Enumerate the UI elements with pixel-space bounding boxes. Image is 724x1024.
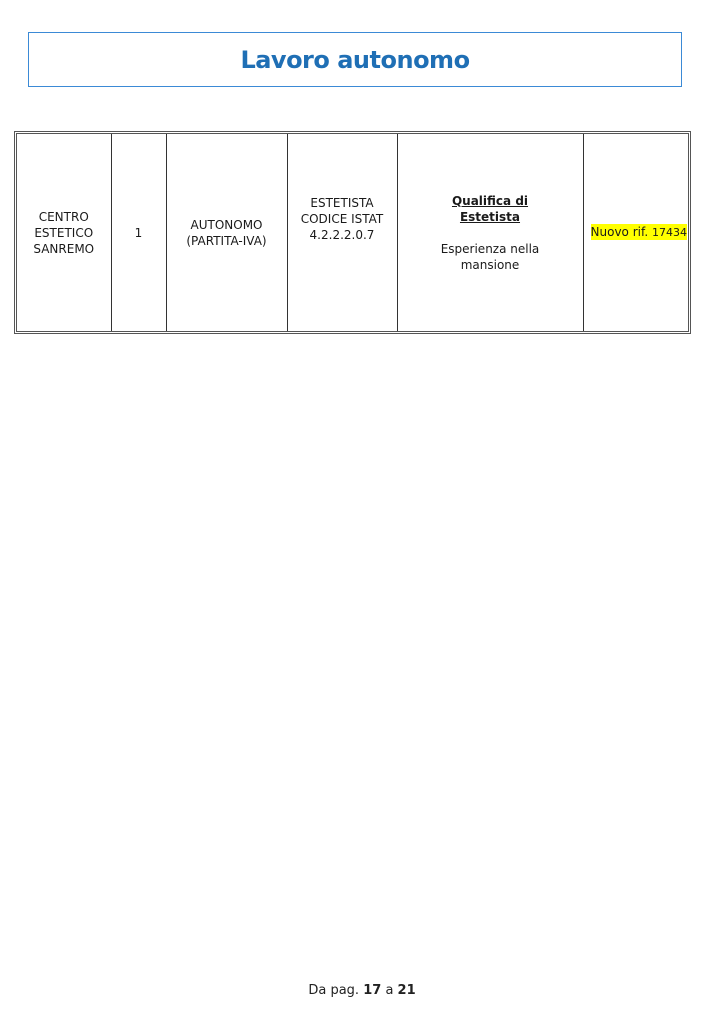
requirement-title: Qualifica di Estetista	[428, 193, 553, 225]
requirement-text: Esperienza nella mansione	[441, 242, 540, 272]
profile-line: CODICE ISTAT	[292, 211, 393, 227]
section-title: Lavoro autonomo	[240, 46, 469, 74]
reference-label: Nuovo rif.	[591, 225, 649, 239]
table-row: CENTRO ESTETICO SANREMO 1 AUTONOMO (PART…	[17, 134, 694, 331]
reference-number: 17434	[652, 226, 687, 239]
profile-line: 4.2.2.2.0.7	[292, 227, 393, 243]
cell-profile: ESTETISTA CODICE ISTAT 4.2.2.2.0.7	[287, 134, 397, 331]
profile-line: ESTETISTA	[292, 195, 393, 211]
reference-highlight: Nuovo rif. 17434	[591, 224, 687, 240]
footer-sep: a	[385, 983, 393, 998]
cell-positions: 1	[111, 134, 166, 331]
footer-prefix: Da pag.	[308, 983, 359, 998]
total-pages: 21	[398, 983, 416, 998]
page-footer: Da pag. 17 a 21	[0, 983, 724, 998]
cell-requirements: Qualifica di Estetista Esperienza nella …	[397, 134, 583, 331]
cell-contract: AUTONOMO (PARTITA-IVA)	[166, 134, 287, 331]
current-page: 17	[363, 983, 381, 998]
cell-reference: Nuovo rif. 17434	[583, 134, 694, 331]
cell-company: CENTRO ESTETICO SANREMO	[17, 134, 111, 331]
section-title-box: Lavoro autonomo	[28, 32, 682, 87]
job-offers-table: CENTRO ESTETICO SANREMO 1 AUTONOMO (PART…	[14, 131, 691, 334]
